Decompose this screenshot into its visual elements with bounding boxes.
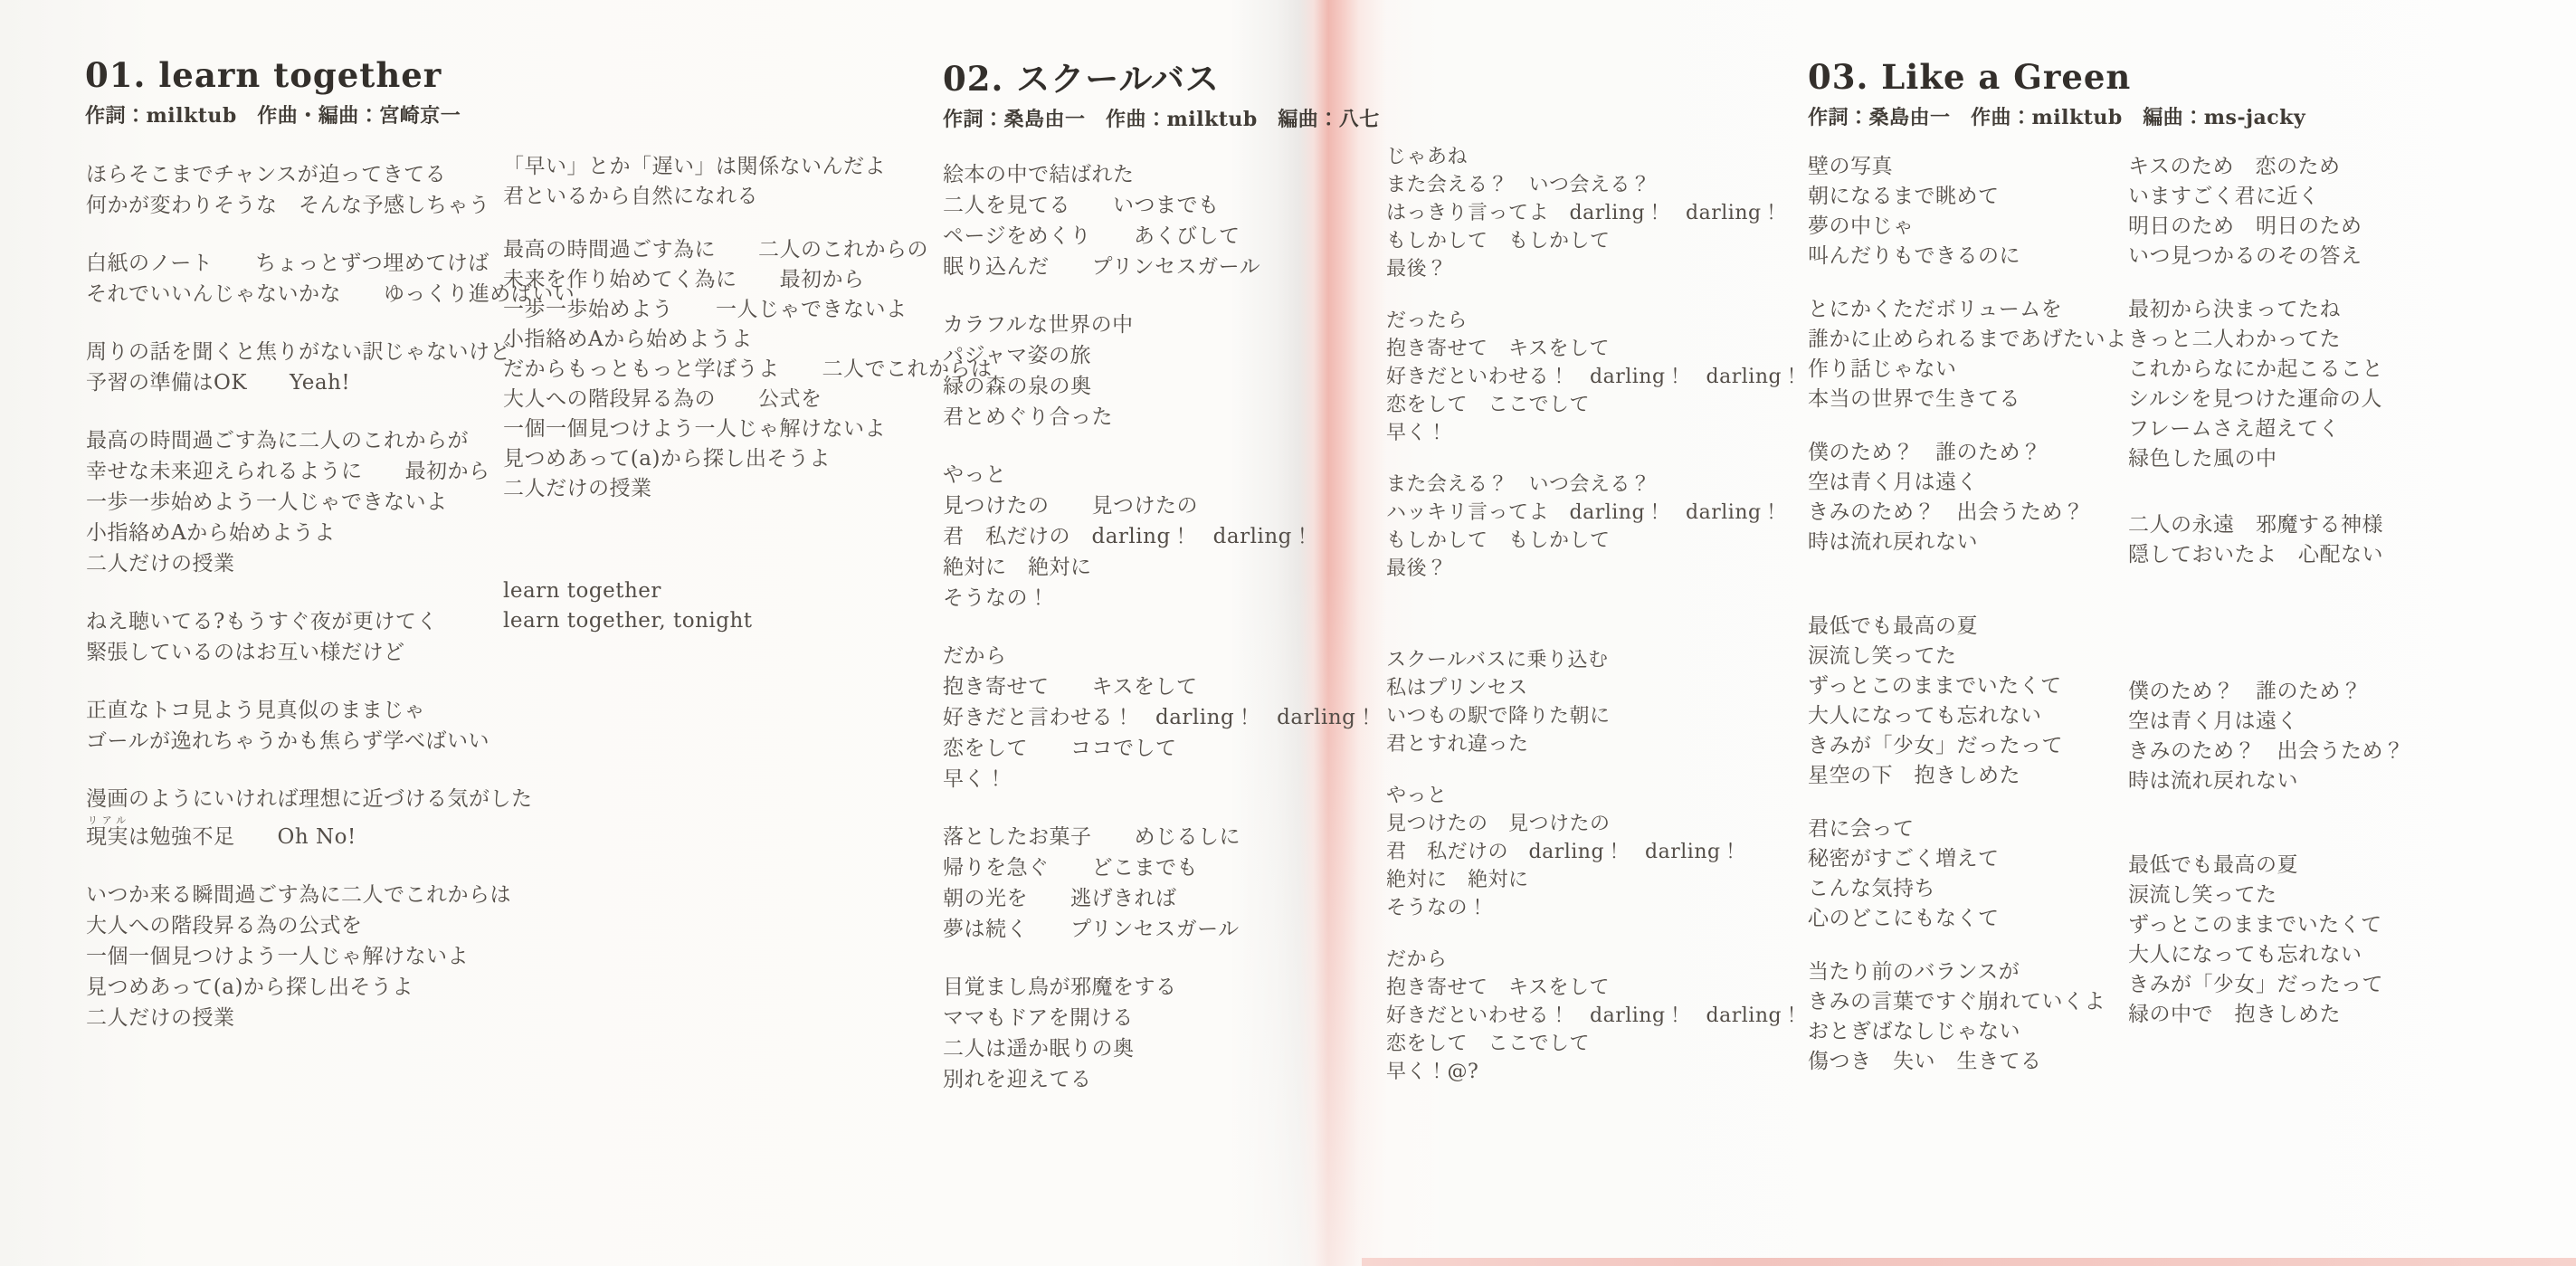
lyric-line: ずっとこのままでいたくて [2128, 910, 2405, 940]
lyric-line: 最後？ [1386, 255, 1802, 283]
lyric-line: 別れを迎えてる [943, 1064, 1377, 1095]
stanza: 目覚まし鳥が邪魔をするママもドアを開ける二人は遥か眠りの奥別れを迎えてる [943, 972, 1377, 1095]
stanza: じゃあねまた会える？ いつ会える？はっきり言ってよ darling！ darli… [1386, 143, 1802, 283]
lyric-line: 眠り込んだ プリンセスガール [943, 252, 1377, 282]
lyric-line: きっと二人わかってた [2128, 325, 2405, 355]
lyric-line: 星空の下 抱きしめた [1808, 761, 2127, 791]
stanza: また会える？ いつ会える？ハッキリ言ってよ darling！ darling！も… [1386, 471, 1802, 583]
stanza: ねえ聴いてる?もうすぐ夜が更けてく緊張しているのはお互い様だけど [86, 606, 575, 668]
lyric-line: また会える？ いつ会える？ [1386, 471, 1802, 499]
lyric-line: それでいいんじゃないかな ゆっくり進めばいい [86, 279, 575, 309]
lyric-line: 当たり前のバランスが [1808, 957, 2127, 987]
lyric-line: 落としたお菓子 めじるしに [943, 822, 1377, 852]
song1-lyrics-column-2: 「早い」とか「遅い」は関係ないんだよ君といるから自然になれる最高の時間過ごす為に… [503, 152, 993, 636]
lyric-line: いますごく君に近く [2128, 182, 2405, 212]
lyric-line: 最高の時間過ごす為に 二人のこれからの [503, 235, 993, 265]
song2-title: 02. スクールバス [943, 60, 1380, 98]
stanza: だから抱き寄せて キスをして好きだと言わせる！ darling！ darling… [943, 641, 1377, 795]
stanza: 絵本の中で結ばれた二人を見てる いつまでもページをめくり あくびして眠り込んだ … [943, 159, 1377, 282]
lyric-line: 何かが変わりそうな そんな予感しちゃう [86, 190, 575, 221]
lyric-line: 夢の中じゃ [1808, 212, 2127, 242]
lyric-line: 予習の準備はOK Yeah! [86, 367, 575, 398]
lyric-line: きみの言葉ですぐ崩れていくよ [1808, 987, 2127, 1017]
lyric-line: 緑の森の泉の奥 [943, 371, 1377, 402]
stanza: やっと見つけたの 見つけたの君 私だけの darling！ darling！絶対… [1386, 782, 1802, 922]
lyric-line: 二人だけの授業 [86, 1003, 575, 1033]
lyric-line: いつ見つかるのその答え [2128, 242, 2405, 271]
stanza: 僕のため？ 誰のため？空は青く月は遠くきみのため？ 出会うため？時は流れ戻れない [2128, 677, 2405, 796]
lyric-line: もしかして もしかして [1386, 527, 1802, 555]
lyric-line: learn together [503, 576, 993, 606]
lyric-line: 君といるから自然になれる [503, 182, 993, 212]
lyric-line: やっと [1386, 782, 1802, 810]
lyric-line: また会える？ いつ会える？ [1386, 171, 1802, 199]
lyric-line: はっきり言ってよ darling！ darling！ [1386, 199, 1802, 227]
lyric-line: 君 私だけの darling！ darling！ [1386, 838, 1802, 866]
lyric-line: 二人だけの授業 [503, 474, 993, 504]
lyric-line: きみのため？ 出会うため？ [1808, 498, 2127, 528]
lyric-line: 一歩一歩始めよう一人じゃできないよ [86, 487, 575, 518]
lyric-line: 二人だけの授業 [86, 548, 575, 579]
lyric-line: 二人は遥か眠りの奥 [943, 1033, 1377, 1064]
lyric-line: 一個一個見つけよう一人じゃ解けないよ [503, 414, 993, 444]
lyric-line: そうなの！ [1386, 894, 1802, 922]
song1-credits: 作詞：milktub 作曲・編曲：宮崎京一 [85, 102, 461, 129]
lyric-line: きみが「少女」だったって [2128, 970, 2405, 1000]
lyric-line: だからもっともっと学ぼうよ 二人でこれからは [503, 355, 993, 385]
lyric-line: 好きだといわせる！ darling！ darling！ [1386, 363, 1802, 391]
lyric-line: 夢は続く プリンセスガール [943, 914, 1377, 945]
stanza: いつか来る瞬間過ごす為に二人でこれからは大人への階段昇る為の公式を一個一個見つけ… [86, 880, 575, 1033]
lyric-line: 二人の永遠 邪魔する神様 [2128, 510, 2405, 540]
lyric-line: カラフルな世界の中 [943, 309, 1377, 340]
lyric-line: じゃあね [1386, 143, 1802, 171]
lyric-line: ねえ聴いてる?もうすぐ夜が更けてく [86, 606, 575, 637]
lyric-line: 壁の写真 [1808, 152, 2127, 182]
lyric-line: だから [1386, 946, 1802, 974]
song2-lyrics-column-2: じゃあねまた会える？ いつ会える？はっきり言ってよ darling！ darli… [1386, 143, 1802, 1086]
stanza: スクールバスに乗り込む私はプリンセスいつもの駅で降りた朝に君とすれ違った [1386, 646, 1802, 758]
stanza: とにかくただボリュームを誰かに止められるまであげたいよ作り話じゃない本当の世界で… [1808, 295, 2127, 414]
lyric-line: 小指絡めAから始めようよ [86, 518, 575, 548]
lyric-line: 緑の中で 抱きしめた [2128, 1000, 2405, 1030]
lyric-line: 好きだといわせる！ darling！ darling！ [1386, 1002, 1802, 1030]
lyric-line: 大人になっても忘れない [1808, 701, 2127, 731]
stanza: だったら抱き寄せて キスをして好きだといわせる！ darling！ darlin… [1386, 307, 1802, 447]
lyric-line: そうなの！ [943, 583, 1377, 614]
lyric-line: 見つめあって(a)から探し出そうよ [86, 972, 575, 1003]
lyric-line: だったら [1386, 307, 1802, 335]
lyric-line: とにかくただボリュームを [1808, 295, 2127, 325]
lyric-line: 叫んだりもできるのに [1808, 242, 2127, 271]
lyric-line: 最低でも最高の夏 [1808, 612, 2127, 642]
lyric-line: 見つけたの 見つけたの [1386, 810, 1802, 838]
lyric-line: 大人への階段昇る為の公式を [86, 910, 575, 941]
lyric-line: 恋をして ここでして [1386, 391, 1802, 419]
song3-lyrics-column-1: 壁の写真朝になるまで眺めて夢の中じゃ叫んだりもできるのにとにかくただボリュームを… [1808, 152, 2127, 1077]
lyric-line: 恋をして ココでして [943, 733, 1377, 764]
lyric-line: learn together, tonight [503, 606, 993, 636]
lyric-line: 最低でも最高の夏 [2128, 851, 2405, 880]
song2-lyrics-column-1: 絵本の中で結ばれた二人を見てる いつまでもページをめくり あくびして眠り込んだ … [943, 159, 1377, 1095]
lyric-line: これからなにか起こること [2128, 355, 2405, 385]
stanza: 最高の時間過ごす為に 二人のこれからの未来を作り始めてく為に 最初から一歩一歩始… [503, 235, 993, 504]
lyric-line: 現実リアルは勉強不足 Oh No! [86, 814, 575, 852]
lyric-line: ママもドアを開ける [943, 1003, 1377, 1033]
lyric-line: 僕のため？ 誰のため？ [1808, 438, 2127, 468]
lyric-line: こんな気持ち [1808, 874, 2127, 904]
lyric-line: キスのため 恋のため [2128, 152, 2405, 182]
stanza: 僕のため？ 誰のため？空は青く月は遠くきみのため？ 出会うため？時は流れ戻れない [1808, 438, 2127, 557]
lyric-line: 作り話じゃない [1808, 355, 2127, 385]
lyric-line: 本当の世界で生きてる [1808, 385, 2127, 414]
lyric-line: もしかして もしかして [1386, 227, 1802, 255]
stanza: だから抱き寄せて キスをして好きだといわせる！ darling！ darling… [1386, 946, 1802, 1086]
lyric-line: 秘密がすごく増えて [1808, 844, 2127, 874]
lyric-line: 君 私だけの darling！ darling！ [943, 521, 1377, 552]
lyric-line: 見つけたの 見つけたの [943, 490, 1377, 521]
lyric-line: 好きだと言わせる！ darling！ darling！ [943, 702, 1377, 733]
stanza: 「早い」とか「遅い」は関係ないんだよ君といるから自然になれる [503, 152, 993, 212]
lyric-line: 絵本の中で結ばれた [943, 159, 1377, 190]
lyric-line: 明日のため 明日のため [2128, 212, 2405, 242]
lyric-line: ゴールが逸れちゃうかも焦らず学べばいい [86, 726, 575, 757]
lyric-line: やっと [943, 460, 1377, 490]
lyric-line: 一歩一歩始めよう 一人じゃできないよ [503, 295, 993, 325]
lyric-line: いつか来る瞬間過ごす為に二人でこれからは [86, 880, 575, 910]
lyric-line: 「早い」とか「遅い」は関係ないんだよ [503, 152, 993, 182]
lyric-line: 朝になるまで眺めて [1808, 182, 2127, 212]
stanza: learn togetherlearn together, tonight [503, 576, 993, 636]
lyric-line: パジャマ姿の旅 [943, 340, 1377, 371]
stanza: 最低でも最高の夏涙流し笑ってたずっとこのままでいたくて大人になっても忘れないきみ… [1808, 612, 2127, 791]
lyric-line: 僕のため？ 誰のため？ [2128, 677, 2405, 707]
lyric-line: スクールバスに乗り込む [1386, 646, 1802, 674]
stanza: 漫画のようにいければ理想に近づける気がした現実リアルは勉強不足 Oh No! [86, 784, 575, 852]
lyric-line: 絶対に 絶対に [1386, 866, 1802, 894]
lyric-line: 私はプリンセス [1386, 674, 1802, 702]
stanza: 最高の時間過ごす為に二人のこれからが幸せな未来迎えられるように 最初から一歩一歩… [86, 425, 575, 579]
lyric-line: 空は青く月は遠く [1808, 468, 2127, 498]
pink-page-edge-bottom [1362, 1258, 2576, 1266]
song2-header: 02. スクールバス 作詞：桑島由一 作曲：milktub 編曲：八七 [943, 60, 1380, 133]
stanza: 正直なトコ見よう見真似のままじゃゴールが逸れちゃうかも焦らず学べばいい [86, 695, 575, 757]
lyric-line: 緊張しているのはお互い様だけど [86, 637, 575, 668]
lyrics-booklet-spread: 01. learn together 作詞：milktub 作曲・編曲：宮崎京一… [0, 0, 2576, 1266]
lyric-line: 時は流れ戻れない [1808, 528, 2127, 557]
lyric-line: 空は青く月は遠く [2128, 707, 2405, 737]
song3-title: 03. Like a Green [1808, 58, 2305, 96]
lyric-line: 二人を見てる いつまでも [943, 190, 1377, 221]
lyric-line: 最初から決まってたね [2128, 295, 2405, 325]
lyric-line: 涙流し笑ってた [1808, 642, 2127, 671]
song3-credits: 作詞：桑島由一 作曲：milktub 編曲：ms-jacky [1808, 104, 2305, 131]
lyric-line: 正直なトコ見よう見真似のままじゃ [86, 695, 575, 726]
lyric-line: きみが「少女」だったって [1808, 731, 2127, 761]
lyric-line: 未来を作り始めてく為に 最初から [503, 265, 993, 295]
stanza: 落としたお菓子 めじるしに帰りを急ぐ どこまでも朝の光を 逃げきれば夢は続く プ… [943, 822, 1377, 945]
lyric-line: 時は流れ戻れない [2128, 766, 2405, 796]
lyric-line: 誰かに止められるまであげたいよ [1808, 325, 2127, 355]
lyric-line: 大人への階段昇る為の 公式を [503, 385, 993, 414]
stanza: 最低でも最高の夏涙流し笑ってたずっとこのままでいたくて大人になっても忘れないきみ… [2128, 851, 2405, 1030]
lyric-line: 早く！ [943, 764, 1377, 795]
stanza: キスのため 恋のためいますごく君に近く明日のため 明日のためいつ見つかるのその答… [2128, 152, 2405, 271]
lyric-line: 最後？ [1386, 555, 1802, 583]
lyric-line: だから [943, 641, 1377, 671]
lyric-line: 君とすれ違った [1386, 730, 1802, 758]
stanza: 周りの話を聞くと焦りがない訳じゃないけど予習の準備はOK Yeah! [86, 337, 575, 398]
lyric-line: 目覚まし鳥が邪魔をする [943, 972, 1377, 1003]
song2-credits: 作詞：桑島由一 作曲：milktub 編曲：八七 [943, 106, 1380, 133]
song3-lyrics-column-2: キスのため 恋のためいますごく君に近く明日のため 明日のためいつ見つかるのその答… [2128, 152, 2405, 1030]
lyric-line: 帰りを急ぐ どこまでも [943, 852, 1377, 883]
lyric-line: 小指絡めAから始めようよ [503, 325, 993, 355]
lyric-line: 恋をして ここでして [1386, 1030, 1802, 1058]
stanza: 白紙のノート ちょっとずつ埋めてけばそれでいいんじゃないかな ゆっくり進めばいい [86, 248, 575, 309]
song1-title: 01. learn together [85, 56, 461, 94]
lyric-line: シルシを見つけた運命の人 [2128, 385, 2405, 414]
lyric-line: 早く！@? [1386, 1058, 1802, 1086]
lyric-line: 隠しておいたよ 心配ない [2128, 540, 2405, 570]
lyric-line: フレームさえ超えてく [2128, 414, 2405, 444]
stanza: カラフルな世界の中パジャマ姿の旅緑の森の泉の奥君とめぐり合った [943, 309, 1377, 433]
lyric-line: 一個一個見つけよう一人じゃ解けないよ [86, 941, 575, 972]
lyric-line: 心のどこにもなくて [1808, 904, 2127, 934]
lyric-line: 幸せな未来迎えられるように 最初から [86, 456, 575, 487]
lyric-line: 漫画のようにいければ理想に近づける気がした [86, 784, 575, 814]
stanza: 当たり前のバランスがきみの言葉ですぐ崩れていくよおとぎばなしじゃない傷つき 失い… [1808, 957, 2127, 1077]
lyric-line: 見つめあって(a)から探し出そうよ [503, 444, 993, 474]
lyric-line: ページをめくり あくびして [943, 221, 1377, 252]
lyric-line: 君とめぐり合った [943, 402, 1377, 433]
lyric-line: 抱き寄せて キスをして [1386, 335, 1802, 363]
furigana-ruby: 現実リアル [86, 825, 128, 849]
lyric-line: 最高の時間過ごす為に二人のこれからが [86, 425, 575, 456]
lyric-line: いつもの駅で降りた朝に [1386, 702, 1802, 730]
lyric-line: 大人になっても忘れない [2128, 940, 2405, 970]
lyric-line: 緑色した風の中 [2128, 444, 2405, 474]
lyric-line: ハッキリ言ってよ darling！ darling！ [1386, 499, 1802, 527]
stanza: やっと見つけたの 見つけたの君 私だけの darling！ darling！絶対… [943, 460, 1377, 614]
stanza: 君に会って秘密がすごく増えてこんな気持ち心のどこにもなくて [1808, 814, 2127, 934]
stanza: 最初から決まってたねきっと二人わかってたこれからなにか起こることシルシを見つけた… [2128, 295, 2405, 474]
stanza: 壁の写真朝になるまで眺めて夢の中じゃ叫んだりもできるのに [1808, 152, 2127, 271]
lyric-line: 抱き寄せて キスをして [943, 671, 1377, 702]
lyric-line: おとぎばなしじゃない [1808, 1017, 2127, 1047]
lyric-line: ほらそこまでチャンスが迫ってきてる [86, 159, 575, 190]
song1-lyrics-column-1: ほらそこまでチャンスが迫ってきてる何かが変わりそうな そんな予感しちゃう白紙のノ… [86, 159, 575, 1033]
lyric-line: 君に会って [1808, 814, 2127, 844]
lyric-line: 涙流し笑ってた [2128, 880, 2405, 910]
lyric-line: 白紙のノート ちょっとずつ埋めてけば [86, 248, 575, 279]
lyric-line: 抱き寄せて キスをして [1386, 974, 1802, 1002]
song1-header: 01. learn together 作詞：milktub 作曲・編曲：宮崎京一 [85, 56, 461, 129]
lyric-line: 絶対に 絶対に [943, 552, 1377, 583]
lyric-line: 朝の光を 逃げきれば [943, 883, 1377, 914]
lyric-line: きみのため？ 出会うため？ [2128, 737, 2405, 766]
lyric-line: 傷つき 失い 生きてる [1808, 1047, 2127, 1077]
lyric-line: 周りの話を聞くと焦りがない訳じゃないけど [86, 337, 575, 367]
lyric-line: ずっとこのままでいたくて [1808, 671, 2127, 701]
stanza: 二人の永遠 邪魔する神様隠しておいたよ 心配ない [2128, 510, 2405, 570]
song3-header: 03. Like a Green 作詞：桑島由一 作曲：milktub 編曲：m… [1808, 58, 2305, 131]
stanza: ほらそこまでチャンスが迫ってきてる何かが変わりそうな そんな予感しちゃう [86, 159, 575, 221]
lyric-line: 早く！ [1386, 419, 1802, 447]
